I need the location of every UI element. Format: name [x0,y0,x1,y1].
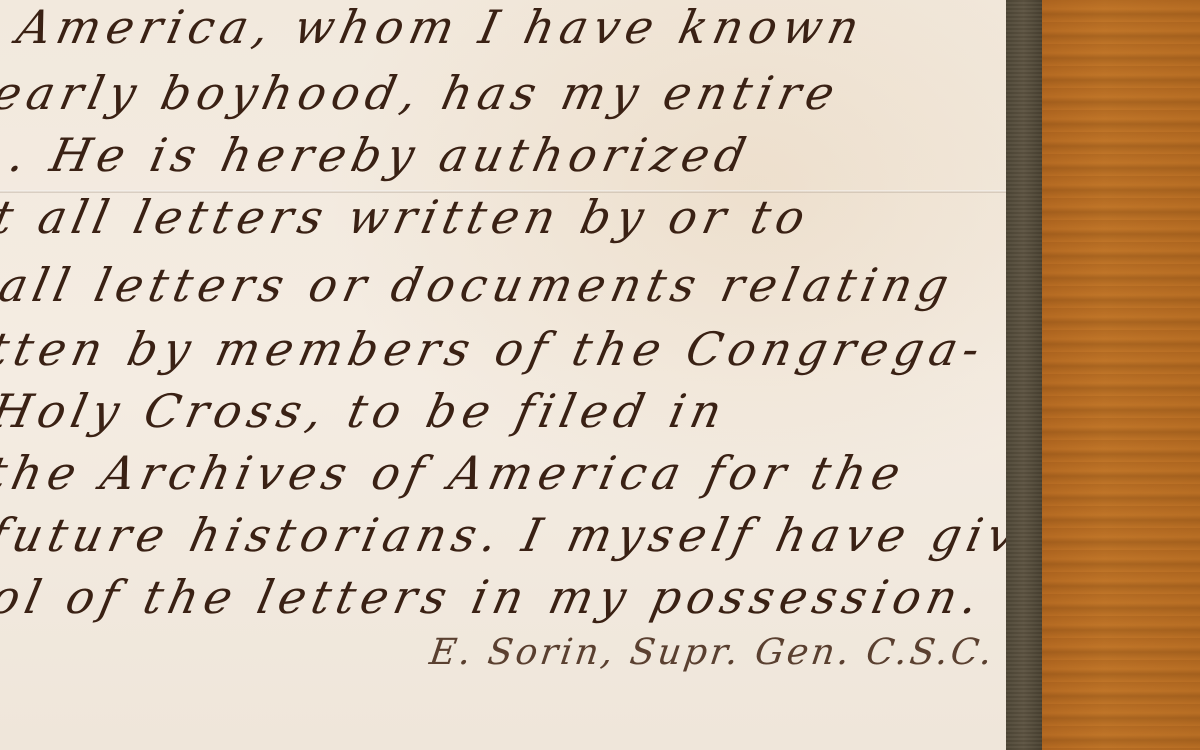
letter-line-6: tten by members of the Congrega- [0,322,990,376]
wooden-table-surface [1040,0,1200,750]
letter-page: America, whom I have known early boyhood… [0,0,1006,750]
letter-line-3: . He is hereby authorized [4,128,756,182]
letter-line-9: future historians. I myself have given [0,508,1006,562]
binder-edge [1005,0,1042,750]
signature: E. Sorin, Supr. Gen. C.S.C. [427,632,997,673]
letter-line-2: early boyhood, has my entire [0,66,845,120]
letter-line-7: Holy Cross, to be filed in [0,384,732,438]
letter-line-8: the Archives of America for the [0,446,911,500]
letter-line-5: all letters or documents relating [0,258,959,312]
letter-line-10: ol of the letters in my possession. [0,570,989,624]
letter-line-4: t all letters written by or to [0,190,816,244]
letter-line-1: America, whom I have known [12,0,869,54]
